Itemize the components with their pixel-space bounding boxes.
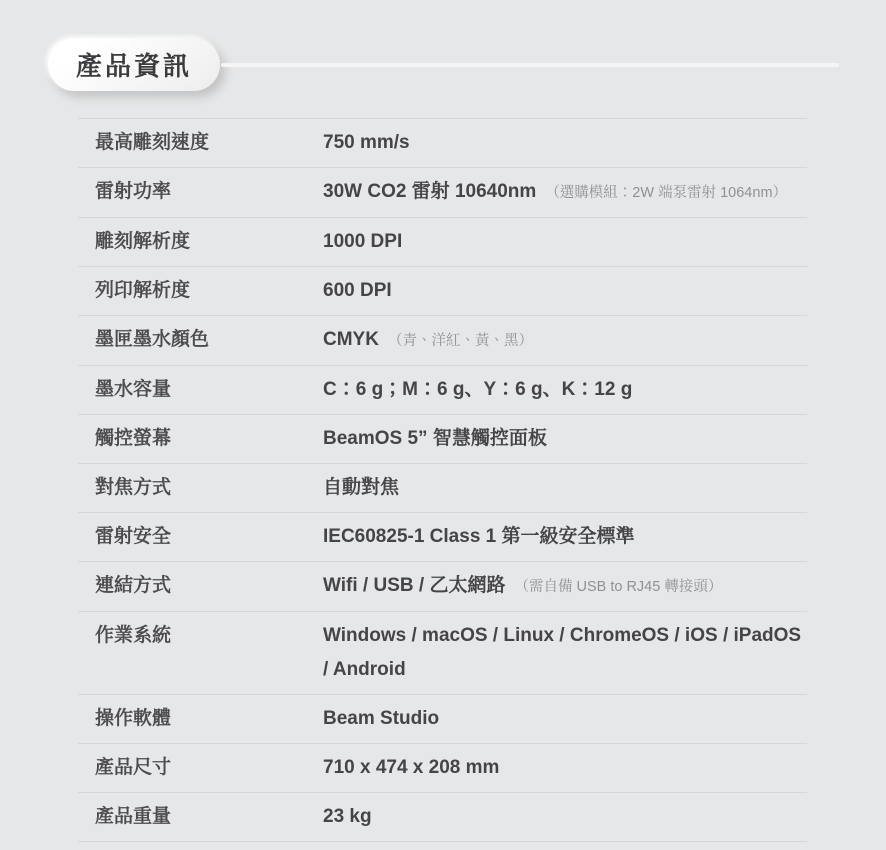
spec-label: 雕刻解析度 <box>78 225 323 259</box>
spec-value-cell: 自動對焦 <box>323 471 807 505</box>
spec-value-cell: Beam Studio <box>323 702 807 736</box>
spec-value: 600 DPI <box>323 280 392 301</box>
spec-value: 30W CO2 雷射 10640nm <box>323 181 536 202</box>
spec-label: 列印解析度 <box>78 274 323 308</box>
spec-value-cell: CMYK（青、洋紅、黃、黑） <box>323 323 807 358</box>
table-row: 雷射功率 30W CO2 雷射 10640nm（選購模組：2W 端泵雷射 106… <box>78 168 807 218</box>
spec-value-cell: BeamOS 5” 智慧觸控面板 <box>323 422 807 456</box>
section-title-badge: 產品資訊 <box>48 38 220 91</box>
spec-label: 連結方式 <box>78 569 323 603</box>
spec-table: 最高雕刻速度 750 mm/s 雷射功率 30W CO2 雷射 10640nm（… <box>78 118 807 842</box>
spec-value-cell: Wifi / USB / 乙太網路（需自備 USB to RJ45 轉接頭） <box>323 569 807 604</box>
spec-label: 產品重量 <box>78 800 323 834</box>
spec-value: Beam Studio <box>323 708 439 729</box>
spec-label: 作業系統 <box>78 619 323 653</box>
spec-label: 對焦方式 <box>78 471 323 505</box>
spec-note: （青、洋紅、黃、黑） <box>388 333 533 349</box>
section-title: 產品資訊 <box>76 46 192 83</box>
spec-label: 墨水容量 <box>78 373 323 407</box>
spec-value-cell: C：6 g；M：6 g、Y：6 g、K：12 g <box>323 373 807 407</box>
spec-note: （選購模組：2W 端泵雷射 1064nm） <box>545 185 787 201</box>
table-row: 墨匣墨水顏色 CMYK（青、洋紅、黃、黑） <box>78 316 807 366</box>
spec-value: IEC60825-1 Class 1 第一級安全標準 <box>323 526 635 547</box>
spec-value: BeamOS 5” 智慧觸控面板 <box>323 428 547 449</box>
spec-label: 產品尺寸 <box>78 751 323 785</box>
spec-value: CMYK <box>323 329 379 350</box>
table-row: 連結方式 Wifi / USB / 乙太網路（需自備 USB to RJ45 轉… <box>78 562 807 612</box>
spec-value: 自動對焦 <box>323 477 399 498</box>
spec-value-cell: 30W CO2 雷射 10640nm（選購模組：2W 端泵雷射 1064nm） <box>323 175 807 210</box>
spec-value-cell: 710 x 474 x 208 mm <box>323 751 807 785</box>
spec-label: 雷射功率 <box>78 175 323 209</box>
spec-value: Windows / macOS / Linux / ChromeOS / iOS… <box>323 625 801 680</box>
spec-label: 最高雕刻速度 <box>78 126 323 160</box>
spec-value-cell: 1000 DPI <box>323 225 807 259</box>
spec-value: 710 x 474 x 208 mm <box>323 757 499 778</box>
spec-label: 觸控螢幕 <box>78 422 323 456</box>
table-row: 觸控螢幕 BeamOS 5” 智慧觸控面板 <box>78 415 807 464</box>
spec-value-cell: 23 kg <box>323 800 807 834</box>
spec-value: 750 mm/s <box>323 132 410 153</box>
table-row: 操作軟體 Beam Studio <box>78 695 807 744</box>
spec-label: 操作軟體 <box>78 702 323 736</box>
table-row: 雕刻解析度 1000 DPI <box>78 218 807 267</box>
spec-value: Wifi / USB / 乙太網路 <box>323 575 505 596</box>
spec-value: C：6 g；M：6 g、Y：6 g、K：12 g <box>323 379 632 400</box>
spec-value-cell: 600 DPI <box>323 274 807 308</box>
table-row: 墨水容量 C：6 g；M：6 g、Y：6 g、K：12 g <box>78 366 807 415</box>
header-divider-line <box>221 63 839 67</box>
table-row: 最高雕刻速度 750 mm/s <box>78 119 807 168</box>
spec-note: （需自備 USB to RJ45 轉接頭） <box>514 579 722 595</box>
table-row: 作業系統 Windows / macOS / Linux / ChromeOS … <box>78 612 807 695</box>
section-header: 產品資訊 <box>48 38 839 91</box>
spec-label: 墨匣墨水顏色 <box>78 323 323 357</box>
spec-value: 1000 DPI <box>323 231 402 252</box>
spec-label: 雷射安全 <box>78 520 323 554</box>
spec-value: 23 kg <box>323 806 372 827</box>
table-row: 雷射安全 IEC60825-1 Class 1 第一級安全標準 <box>78 513 807 562</box>
table-row: 產品重量 23 kg <box>78 793 807 842</box>
table-row: 對焦方式 自動對焦 <box>78 464 807 513</box>
spec-value-cell: Windows / macOS / Linux / ChromeOS / iOS… <box>323 619 807 687</box>
spec-value-cell: IEC60825-1 Class 1 第一級安全標準 <box>323 520 807 554</box>
spec-value-cell: 750 mm/s <box>323 126 807 160</box>
table-row: 列印解析度 600 DPI <box>78 267 807 316</box>
table-row: 產品尺寸 710 x 474 x 208 mm <box>78 744 807 793</box>
